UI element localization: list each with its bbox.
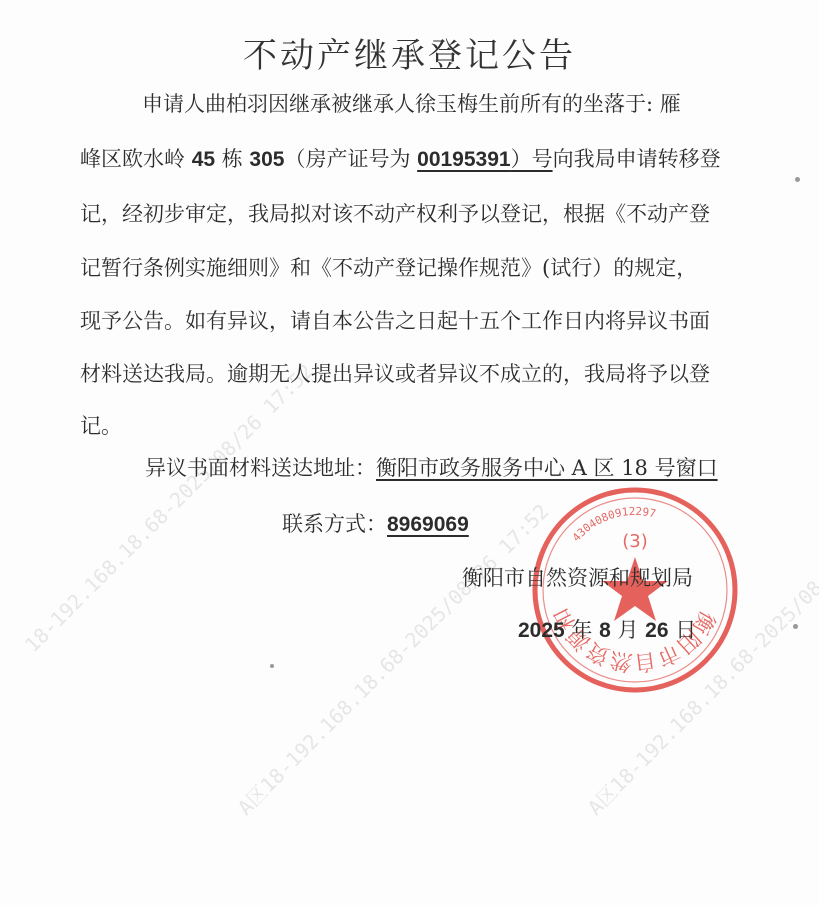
text-segment: 记，经初步审定，我局拟对该不动产权利予以登记，根据《不动产登 — [80, 202, 710, 226]
issue-date: 2025 年 8 月 26 日 — [518, 614, 696, 644]
text-segment: （房产证号为 — [284, 147, 417, 171]
contact: 联系方式：8969069 — [282, 508, 469, 538]
text-segment: 材料送达我局。逾期无人提出异议或者异议不成立的，我局将予以登 — [80, 362, 710, 386]
scan-speck — [793, 624, 798, 629]
text-segment: 45 — [192, 148, 215, 171]
notice-body-line: 申请人曲柏羽因继承被继承人徐玉梅生前所有的坐落于: 雁 — [142, 88, 681, 118]
scan-speck — [795, 177, 800, 182]
watermark: A区18-192.168.18.68-2025/08/26 17:52 — [580, 496, 819, 820]
text-segment: 栋 — [215, 147, 249, 171]
date-day: 26 — [645, 619, 668, 642]
text-segment: 现予公告。如有异议，请自本公告之日起十五个工作日内将异议书面 — [80, 309, 710, 333]
text-segment: 记暂行条例实施细则》和《不动产登记操作规范》(试行）的规定， — [80, 256, 697, 280]
notice-body-line: 记，经初步审定，我局拟对该不动产权利予以登记，根据《不动产登 — [80, 198, 710, 228]
objection-address: 异议书面材料送达地址：衡阳市政务服务中心 A 区 18 号窗口 — [145, 452, 718, 482]
date-year-unit: 年 — [571, 618, 592, 642]
date-month: 8 — [599, 619, 611, 642]
document-page: 18-192.168.18.68-2025/08/26 17:52 A区18-1… — [0, 0, 819, 905]
text-segment: 向我局申请转移登 — [553, 147, 721, 171]
scan-speck — [270, 664, 274, 668]
document-title: 不动产继承登记公告 — [0, 28, 819, 77]
objection-address-value: 衡阳市政务服务中心 A 区 18 号窗口 — [376, 456, 718, 480]
text-segment: 记。 — [80, 414, 122, 438]
notice-body-line: 记。 — [80, 410, 122, 440]
notice-body-line: 现予公告。如有异议，请自本公告之日起十五个工作日内将异议书面 — [80, 305, 710, 335]
text-segment: ）号 — [511, 147, 553, 171]
watermark: 18-192.168.18.68-2025/08/26 17:52 — [20, 359, 318, 657]
svg-text:4304080912297: 4304080912297 — [570, 505, 657, 544]
notice-body-line: 峰区欧水岭 45 栋 305（房产证号为 00195391）号向我局申请转移登 — [80, 143, 721, 173]
text-segment: 申请人曲柏羽因继承被继承人徐玉梅生前所有的坐落于: 雁 — [142, 92, 681, 116]
notice-body-line: 材料送达我局。逾期无人提出异议或者异议不成立的，我局将予以登 — [80, 358, 710, 388]
issuer-name: 衡阳市自然资源和规划局 — [462, 562, 693, 592]
contact-value: 8969069 — [387, 513, 469, 536]
watermark: A区18-192.168.18.68-2025/08/26 17:52 — [230, 496, 554, 820]
text-segment: 00195391 — [417, 148, 510, 171]
date-month-unit: 月 — [617, 618, 638, 642]
notice-body-line: 记暂行条例实施细则》和《不动产登记操作规范》(试行）的规定， — [80, 252, 697, 282]
contact-label: 联系方式： — [282, 512, 387, 536]
date-day-unit: 日 — [675, 618, 696, 642]
date-year: 2025 — [518, 619, 565, 642]
svg-text:(3): (3) — [622, 531, 648, 552]
text-segment: 305 — [249, 148, 284, 171]
text-segment: 峰区欧水岭 — [80, 147, 192, 171]
objection-address-label: 异议书面材料送达地址： — [145, 456, 376, 480]
